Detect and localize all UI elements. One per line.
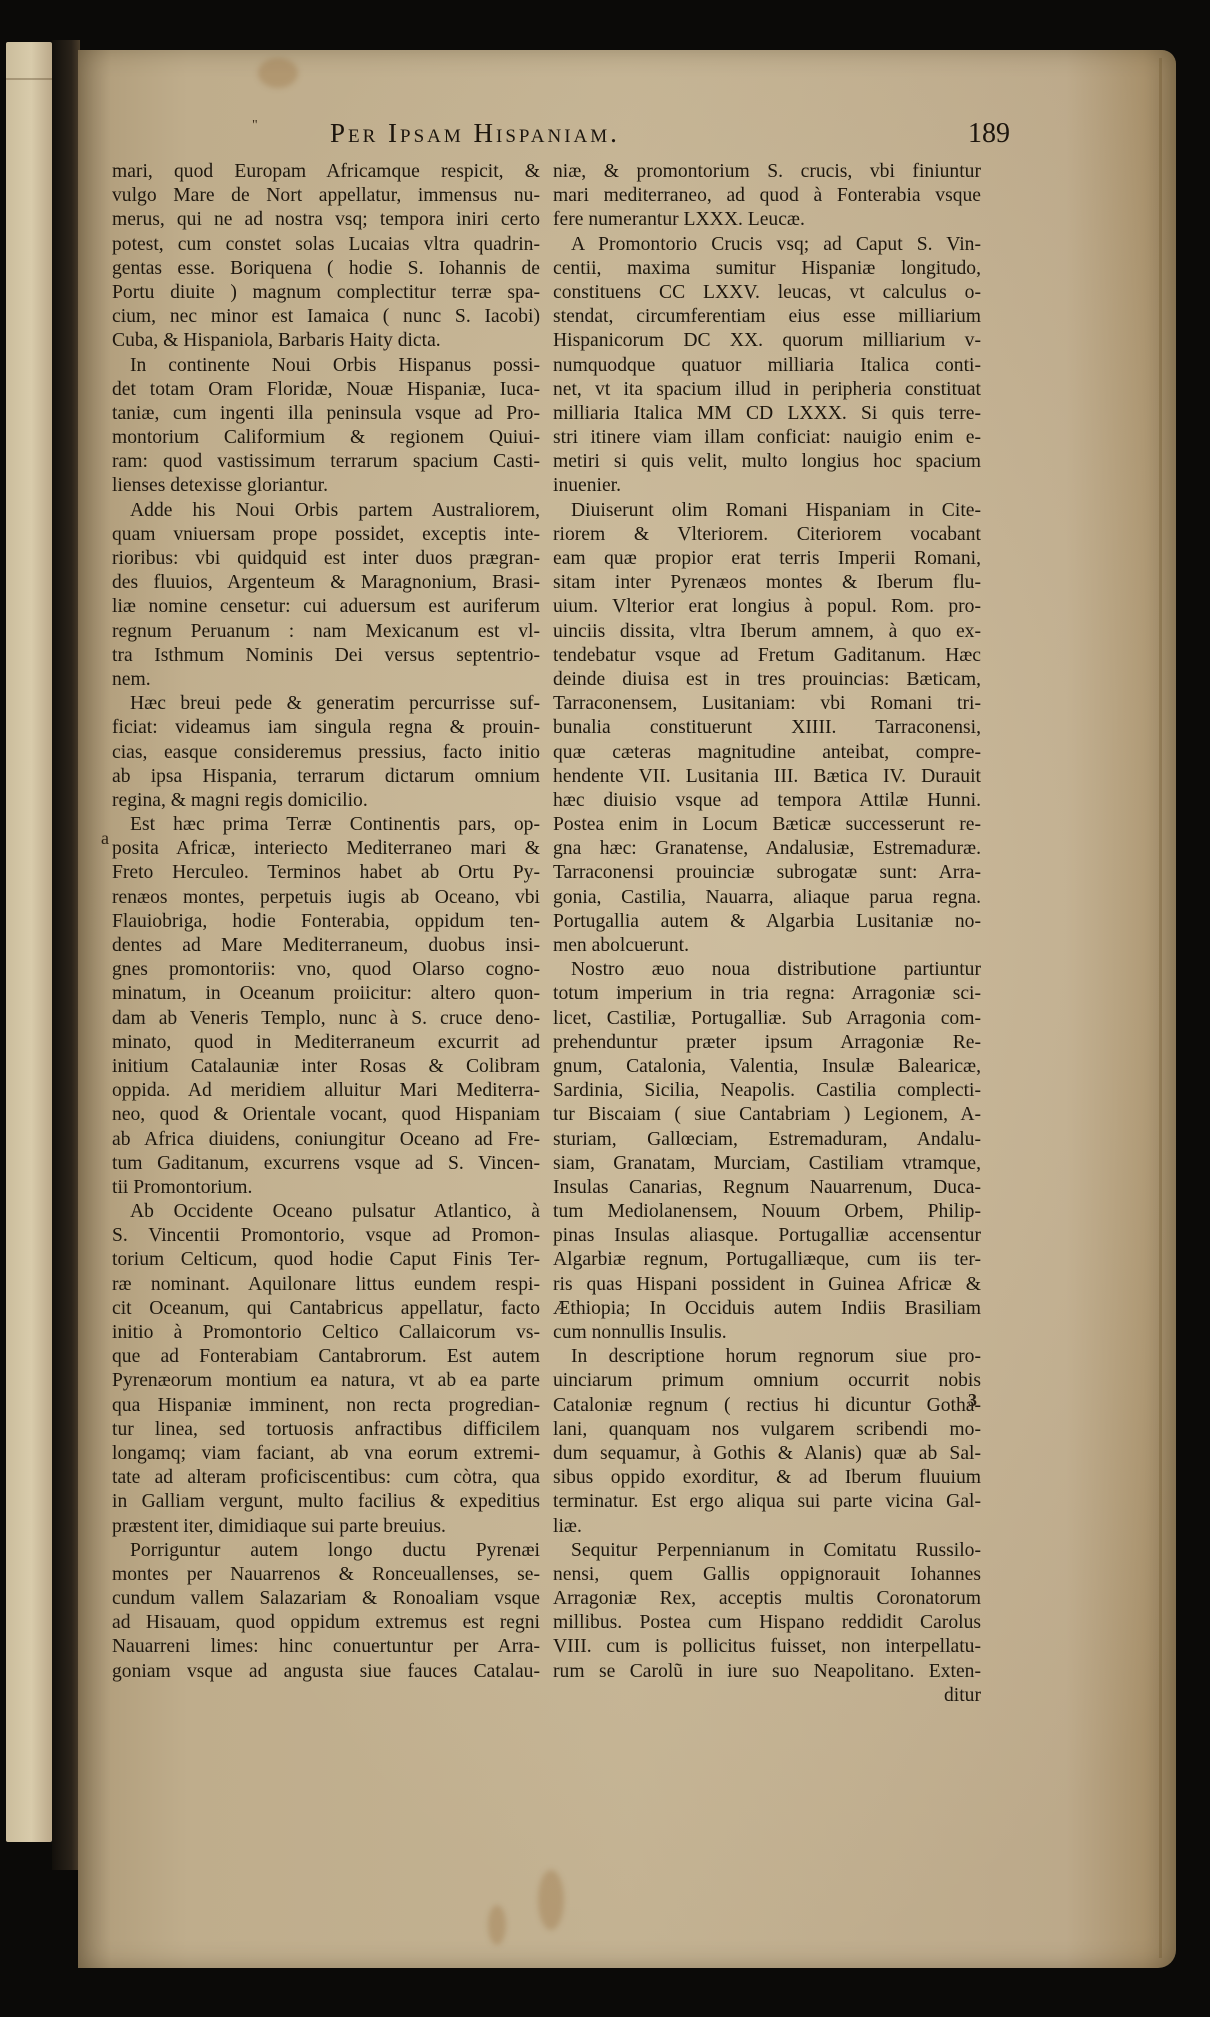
text-line: uium. Vlterior erat longius à popul. Rom… [553, 595, 981, 619]
text-line: Adde his Noui Orbis partem Australiorem, [112, 499, 540, 523]
text-line: stri itinere viam illam conficiat: nauig… [553, 426, 981, 450]
text-line: Portugallia autem & Algarbia Lusitaniæ n… [553, 910, 981, 934]
text-line: oppida. Ad meridiem alluitur Mari Medite… [112, 1079, 540, 1103]
text-line: mari, quod Europam Africamque respicit, … [112, 160, 540, 184]
text-line: Postea enim in Locum Bæticæ successerunt… [553, 813, 981, 837]
text-line: liæ. [553, 1515, 981, 1539]
text-line: pinas Insulas aliasque. Portugalliæ acce… [553, 1224, 981, 1248]
text-line: ab Africa diuidens, coniungitur Oceano a… [112, 1128, 540, 1152]
printer-mark: " [252, 118, 258, 134]
text-line: hæc diuisio vsque ad tempora Attilæ Hunn… [553, 789, 981, 813]
text-line: Sequitur Perpennianum in Comitatu Russil… [553, 1539, 981, 1563]
text-line: potest, cum constet solas Lucaias vltra … [112, 233, 540, 257]
text-line: Æthiopia; In Occiduis autem Indiis Brasi… [553, 1297, 981, 1321]
text-line: centii, maxima sumitur Hispaniæ longitud… [553, 257, 981, 281]
text-line: Arragoniæ Rex, acceptis multis Coronator… [553, 1587, 981, 1611]
text-line: nem. [112, 668, 540, 692]
text-line: Freto Herculeo. Terminos habet ab Ortu P… [112, 861, 540, 885]
text-line: milliaria Italica MM CD LXXX. Si quis te… [553, 402, 981, 426]
text-line: ad Hisauam, quod oppidum extremus est re… [112, 1611, 540, 1635]
text-line: eam quæ propior erat terris Imperii Roma… [553, 547, 981, 571]
text-line: cit Oceanum, qui Cantabricus appellatur,… [112, 1297, 540, 1321]
text-line: Diuiserunt olim Romani Hispaniam in Cite… [553, 499, 981, 523]
text-line: siam, Granatam, Murciam, Castiliam vtram… [553, 1152, 981, 1176]
text-line: net, vt ita spacium illud in peripheria … [553, 378, 981, 402]
text-line: quæ cæteras magnitudine anteibat, compre… [553, 741, 981, 765]
text-line: men abolcuerunt. [553, 934, 981, 958]
text-line: Nostro æuo noua distributione partiuntur [553, 958, 981, 982]
text-line: inuenier. [553, 474, 981, 498]
text-line: montes per Nauarrenos & Ronceuallenses, … [112, 1563, 540, 1587]
text-line: niæ, & promontorium S. crucis, vbi finiu… [553, 160, 981, 184]
text-line: dentes ad Mare Mediterraneum, duobus ins… [112, 934, 540, 958]
text-line: lienses detexisse gloriantur. [112, 474, 540, 498]
text-line: totum imperium in tria regna: Arragoniæ … [553, 982, 981, 1006]
text-line: præstent iter, dimidiaque sui parte breu… [112, 1515, 540, 1539]
text-line: Sardinia, Sicilia, Neapolis. Castilia co… [553, 1079, 981, 1103]
text-line: Flauiobriga, hodie Fonterabia, oppidum t… [112, 910, 540, 934]
text-line: neo, quod & Orientale vocant, quod Hispa… [112, 1103, 540, 1127]
text-line: licet, Castiliæ, Portugalliæ. Sub Arrago… [553, 1007, 981, 1031]
text-line: bunalia constituerunt XIIII. Tarraconens… [553, 716, 981, 740]
text-line: sturiam, Gallœciam, Estremaduram, Andalu… [553, 1128, 981, 1152]
text-line: posita Africæ, interiecto Mediterraneo m… [112, 837, 540, 861]
text-line: Cataloniæ regnum ( rectius hi dicuntur G… [553, 1394, 981, 1418]
text-line: mari mediterraneo, ad quod à Fonterabia … [553, 184, 981, 208]
text-line: minatum, in Oceanum proiicitur: altero q… [112, 982, 540, 1006]
margin-mark-left: a [101, 828, 109, 849]
text-line: gnum, Catalonia, Valentia, Insulæ Balear… [553, 1055, 981, 1079]
text-line: sibus oppido exorditur, & ad Iberum fluu… [553, 1466, 981, 1490]
text-line: Cuba, & Hispaniola, Barbaris Haity dicta… [112, 329, 540, 353]
text-line: Tarraconensem, Lusitaniam: vbi Romani tr… [553, 692, 981, 716]
text-line: initio à Promontorio Celtico Callaicorum… [112, 1321, 540, 1345]
text-line: metiri si quis velit, multo longius hoc … [553, 450, 981, 474]
text-line: riorem & Vlteriorem. Citeriorem vocabant [553, 523, 981, 547]
text-line: tate ad alteram proficiscentibus: cum cò… [112, 1466, 540, 1490]
text-line: liæ nomine censetur: cui aduersum est au… [112, 595, 540, 619]
paper-stain [538, 1870, 564, 1930]
text-line: merus, qui ne ad nostra vsq; tempora ini… [112, 208, 540, 232]
text-line: Porriguntur autem longo ductu Pyrenæi [112, 1539, 540, 1563]
text-line: gnes promontoriis: vno, quod Olarso cogn… [112, 958, 540, 982]
text-line: tendebatur vsque ad Fretum Gaditanum. Hæ… [553, 644, 981, 668]
text-line: renæos montes, perpetuis iugis ab Oceano… [112, 886, 540, 910]
text-line: uinciis dissita, vltra Iberum amnem, à q… [553, 620, 981, 644]
text-line: Tarraconensi prouinciæ subrogatæ sunt: A… [553, 861, 981, 885]
text-line: tra Isthmum Nominis Dei versus septentri… [112, 644, 540, 668]
text-line: gonia, Castilia, Nauarra, aliaque parua … [553, 886, 981, 910]
text-line: Portu diuite ) magnum complectitur terræ… [112, 281, 540, 305]
text-line: in Galliam vergunt, multo facilius & exp… [112, 1490, 540, 1514]
text-line: A Promontorio Crucis vsq; ad Caput S. Vi… [553, 233, 981, 257]
text-line: dam ab Veneris Templo, nunc à S. cruce d… [112, 1007, 540, 1031]
text-line: montorium Califormium & regionem Quiui- [112, 426, 540, 450]
text-line: rum se Carolũ in iure suo Neapolitano. E… [553, 1660, 981, 1684]
text-line: quam vniuersam prope possidet, exceptis … [112, 523, 540, 547]
text-line: VIII. cum is pollicitus fuisset, non int… [553, 1635, 981, 1659]
text-line: tum Mediolanensem, Nouum Orbem, Philip- [553, 1200, 981, 1224]
text-line: deinde diuisa est in tres prouincias: Bæ… [553, 668, 981, 692]
text-line: cundum vallem Salazariam & Ronoaliam vsq… [112, 1587, 540, 1611]
text-line: ræ nominant. Aquilonare littus eundem re… [112, 1273, 540, 1297]
text-line: ficiat: videamus iam singula regna & pro… [112, 716, 540, 740]
page-number: 189 [968, 118, 1010, 150]
text-line: Pyrenæorum montium ea natura, vt ab ea p… [112, 1369, 540, 1393]
text-line: ab ipsa Hispania, terrarum dictarum omni… [112, 765, 540, 789]
text-line: goniam vsque ad angusta siue fauces Cata… [112, 1660, 540, 1684]
text-line: det totam Oram Floridæ, Nouæ Hispaniæ, I… [112, 378, 540, 402]
text-line: taniæ, cum ingenti illa peninsula vsque … [112, 402, 540, 426]
text-line: tur linea, sed tortuosis anfractibus dif… [112, 1418, 540, 1442]
text-line: numquodque quatuor milliaria Italica con… [553, 354, 981, 378]
running-title: Per Ipsam Hispaniam. [330, 118, 620, 149]
text-line: ditur [553, 1684, 981, 1708]
text-line: fere numerantur LXXX. Leucæ. [553, 208, 981, 232]
text-line: tum Gaditanum, excurrens vsque ad S. Vin… [112, 1152, 540, 1176]
left-column: mari, quod Europam Africamque respicit, … [112, 160, 540, 1684]
text-line: cum nonnullis Insulis. [553, 1321, 981, 1345]
text-line: Insulas Canarias, Regnum Nauarrenum, Duc… [553, 1176, 981, 1200]
text-line: terminatur. Est ergo aliqua sui parte vi… [553, 1490, 981, 1514]
text-line: prehenduntur præter ipsum Arragoniæ Re- [553, 1031, 981, 1055]
text-line: constituens CC LXXV. leucas, vt calculus… [553, 281, 981, 305]
text-line: tii Promontorium. [112, 1176, 540, 1200]
right-column: niæ, & promontorium S. crucis, vbi finiu… [553, 160, 981, 1708]
text-line: Est hæc prima Terræ Continentis pars, op… [112, 813, 540, 837]
text-line: Ab Occidente Oceano pulsatur Atlantico, … [112, 1200, 540, 1224]
text-line: Algarbiæ regnum, Portugalliæque, cum iis… [553, 1248, 981, 1272]
text-line: vulgo Mare de Nort appellatur, immensus … [112, 184, 540, 208]
text-line: millibus. Postea cum Hispano reddidit Ca… [553, 1611, 981, 1635]
text-line: uinciarum primum omnium occurrit nobis [553, 1369, 981, 1393]
text-line: regina, & magni regis domicilio. [112, 789, 540, 813]
text-line: nensi, quem Gallis oppignorauit Iohannes [553, 1563, 981, 1587]
text-line: In continente Noui Orbis Hispanus possi- [112, 354, 540, 378]
text-line: regnum Peruanum : nam Mexicanum est vl- [112, 620, 540, 644]
text-line: ram: quod vastissimum terrarum spacium C… [112, 450, 540, 474]
text-line: tur Biscaiam ( siue Cantabriam ) Legione… [553, 1103, 981, 1127]
text-line: minato, quod in Mediterraneum excurrit a… [112, 1031, 540, 1055]
text-line: cium, nec minor est Iamaica ( nunc S. Ia… [112, 305, 540, 329]
text-line: gentas esse. Boriquena ( hodie S. Iohann… [112, 257, 540, 281]
text-line: Hæc breui pede & generatim percurrisse s… [112, 692, 540, 716]
text-line: In descriptione horum regnorum siue pro- [553, 1345, 981, 1369]
text-line: Nauarreni limes: hinc conuertuntur per A… [112, 1635, 540, 1659]
paper-stain [258, 58, 298, 88]
text-line: ris quas Hispani possident in Guinea Afr… [553, 1273, 981, 1297]
text-line: longamq; viam faciant, ab vna eorum extr… [112, 1442, 540, 1466]
text-line: qua Hispaniæ imminent, non recta progred… [112, 1394, 540, 1418]
text-line: Hispanicorum DC XX. quorum milliarium v- [553, 329, 981, 353]
paper-stain [488, 1905, 506, 1945]
margin-mark-right: 3 [968, 1390, 977, 1411]
text-line: S. Vincentii Promontorio, vsque ad Promo… [112, 1224, 540, 1248]
text-line: cias, easque consideremus pressius, fact… [112, 741, 540, 765]
previous-page-edge [6, 42, 52, 1842]
text-line: sitam inter Pyrenæos montes & Iberum flu… [553, 571, 981, 595]
text-line: stendat, circumferentiam eius esse milli… [553, 305, 981, 329]
text-line: des fluuios, Argenteum & Maragnonium, Br… [112, 571, 540, 595]
text-line: hendente VII. Lusitania III. Bætica IV. … [553, 765, 981, 789]
text-line: que ad Fonterabiam Cantabrorum. Est aute… [112, 1345, 540, 1369]
text-line: torium Celticum, quod hodie Caput Finis … [112, 1248, 540, 1272]
text-line: rioribus: vbi quidquid est inter duos pr… [112, 547, 540, 571]
text-line: dum sequamur, à Gothis & Alanis) quæ ab … [553, 1442, 981, 1466]
text-line: gna hæc: Granatense, Andalusiæ, Estremad… [553, 837, 981, 861]
text-line: lani, quanquam nos vulgarem scribendi mo… [553, 1418, 981, 1442]
page-header: Per Ipsam Hispaniam. 189 [320, 118, 1040, 158]
text-line: initium Catalauniæ inter Rosas & Colibra… [112, 1055, 540, 1079]
book-gutter [52, 40, 80, 1870]
